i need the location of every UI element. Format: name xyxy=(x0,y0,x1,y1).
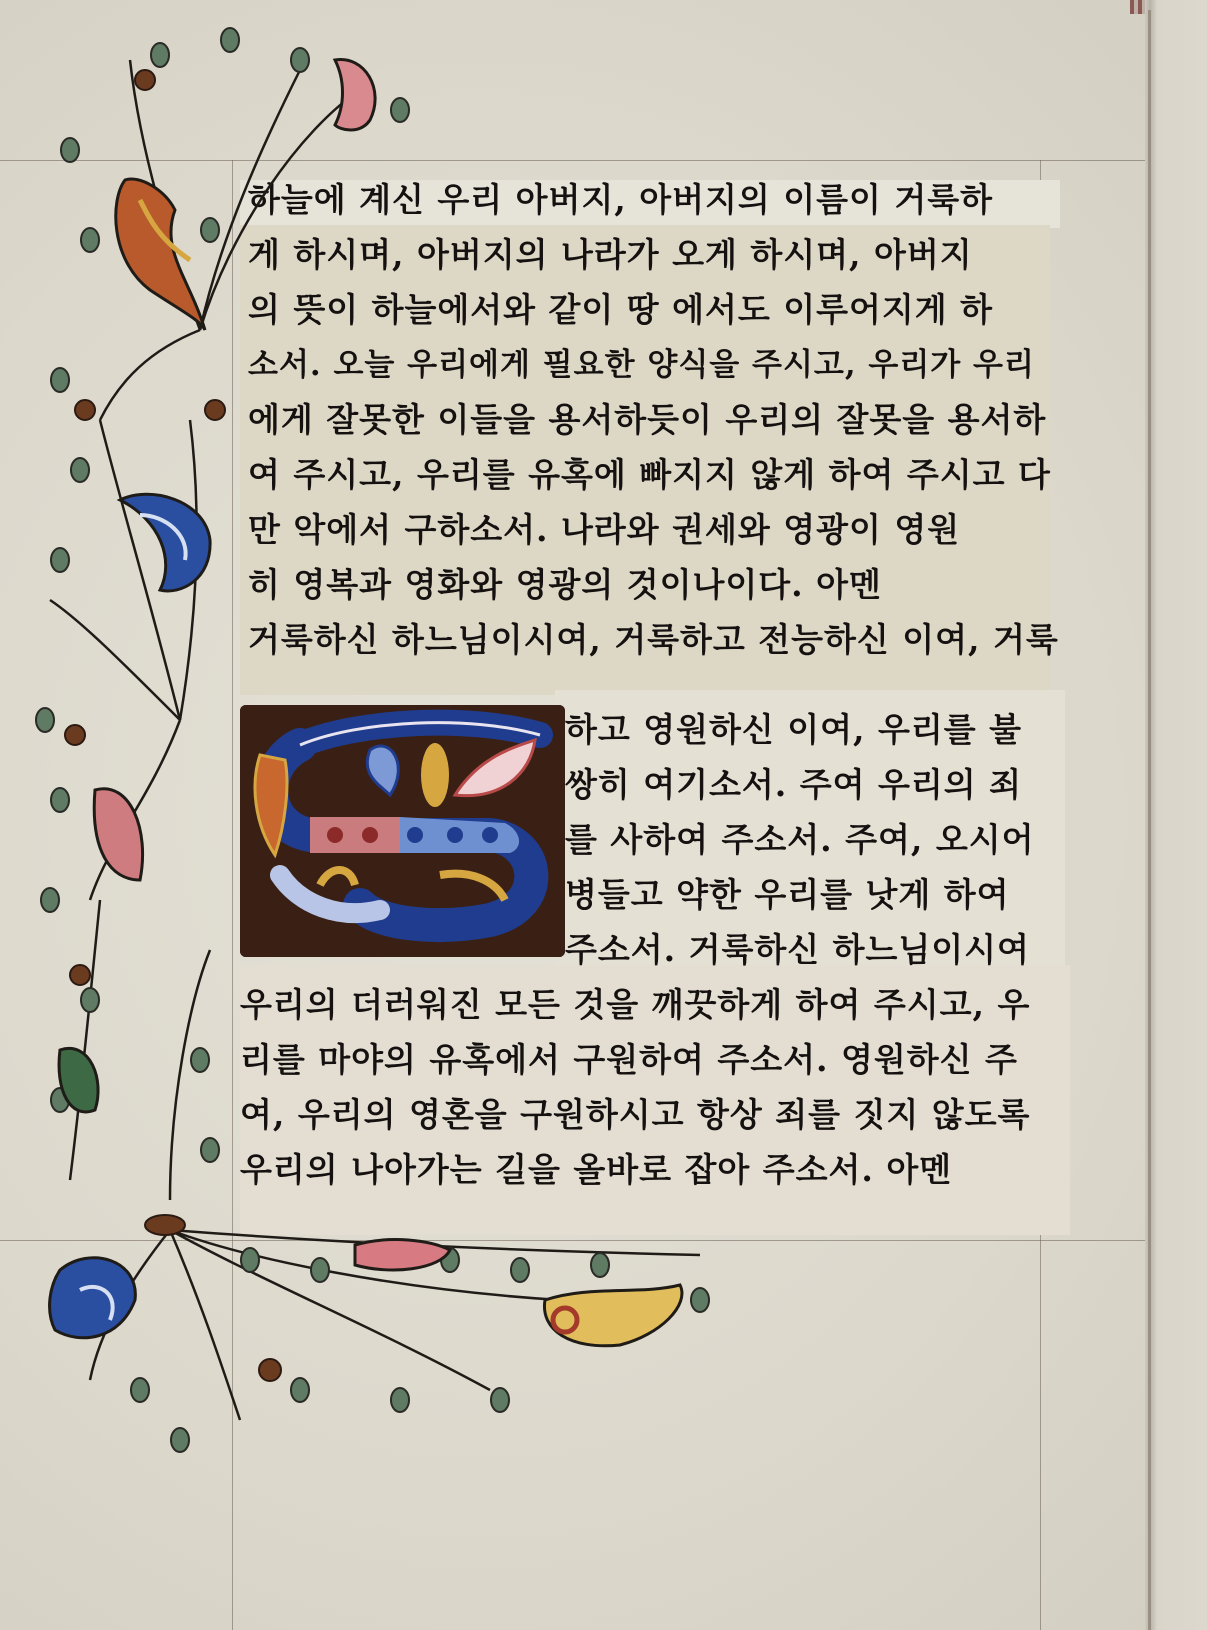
text-line-9: 거룩하신 하느님이시여, 거룩하고 전능하신 이여, 거룩 xyxy=(248,618,1059,662)
initial-s-icon xyxy=(240,705,565,957)
text-line-14: 주소서. 거룩하신 하느님이시여 xyxy=(565,928,1030,972)
text-line-7: 만 악에서 구하소서. 나라와 권세와 영광이 영원 xyxy=(248,508,960,552)
decorated-initial-s xyxy=(240,705,565,957)
text-line-18: 우리의 나아가는 길을 올바로 잡아 주소서. 아멘 xyxy=(240,1148,952,1192)
text-line-6: 여 주시고, 우리를 유혹에 빠지지 않게 하여 주시고 다 xyxy=(248,453,1051,497)
text-line-10: 하고 영원하신 이여, 우리를 불 xyxy=(565,708,1022,752)
ruling-line-bottom xyxy=(0,1240,1145,1241)
text-line-4: 소서. 오늘 우리에게 필요한 양식을 주시고, 우리가 우리 xyxy=(248,343,1035,387)
text-line-11: 쌍히 여기소서. 주여 우리의 죄 xyxy=(565,763,1022,807)
text-line-16: 리를 마야의 유혹에서 구원하여 주소서. 영원하신 주 xyxy=(240,1038,1018,1082)
text-line-15: 우리의 더러워진 모든 것을 깨끗하게 하여 주시고, 우 xyxy=(240,983,1030,1027)
ruling-line-left xyxy=(232,160,233,1630)
text-line-17: 여, 우리의 영혼을 구원하시고 항상 죄를 짓지 않도록 xyxy=(240,1093,1030,1137)
page-gutter xyxy=(1145,0,1207,1630)
text-line-8: 히 영복과 영화와 영광의 것이나이다. 아멘 xyxy=(248,563,882,607)
text-line-1: 하늘에 계신 우리 아버지, 아버지의 이름이 거룩하 xyxy=(248,178,993,222)
text-line-2: 게 하시며, 아버지의 나라가 오게 하시며, 아버지 xyxy=(248,233,973,277)
text-line-13: 병들고 약한 우리를 낫게 하여 xyxy=(565,873,1010,917)
text-line-5: 에게 잘못한 이들을 용서하듯이 우리의 잘못을 용서하 xyxy=(248,398,1046,442)
ruling-line-top xyxy=(0,160,1145,161)
gutter-fold-line xyxy=(1148,10,1151,1630)
text-line-12: 를 사하여 주소서. 주여, 오시어 xyxy=(565,818,1034,862)
text-line-3: 의 뜻이 하늘에서와 같이 땅 에서도 이루어지게 하 xyxy=(248,288,993,332)
manuscript-page: 하늘에 계신 우리 아버지, 아버지의 이름이 거룩하 게 하시며, 아버지의 … xyxy=(0,0,1207,1630)
